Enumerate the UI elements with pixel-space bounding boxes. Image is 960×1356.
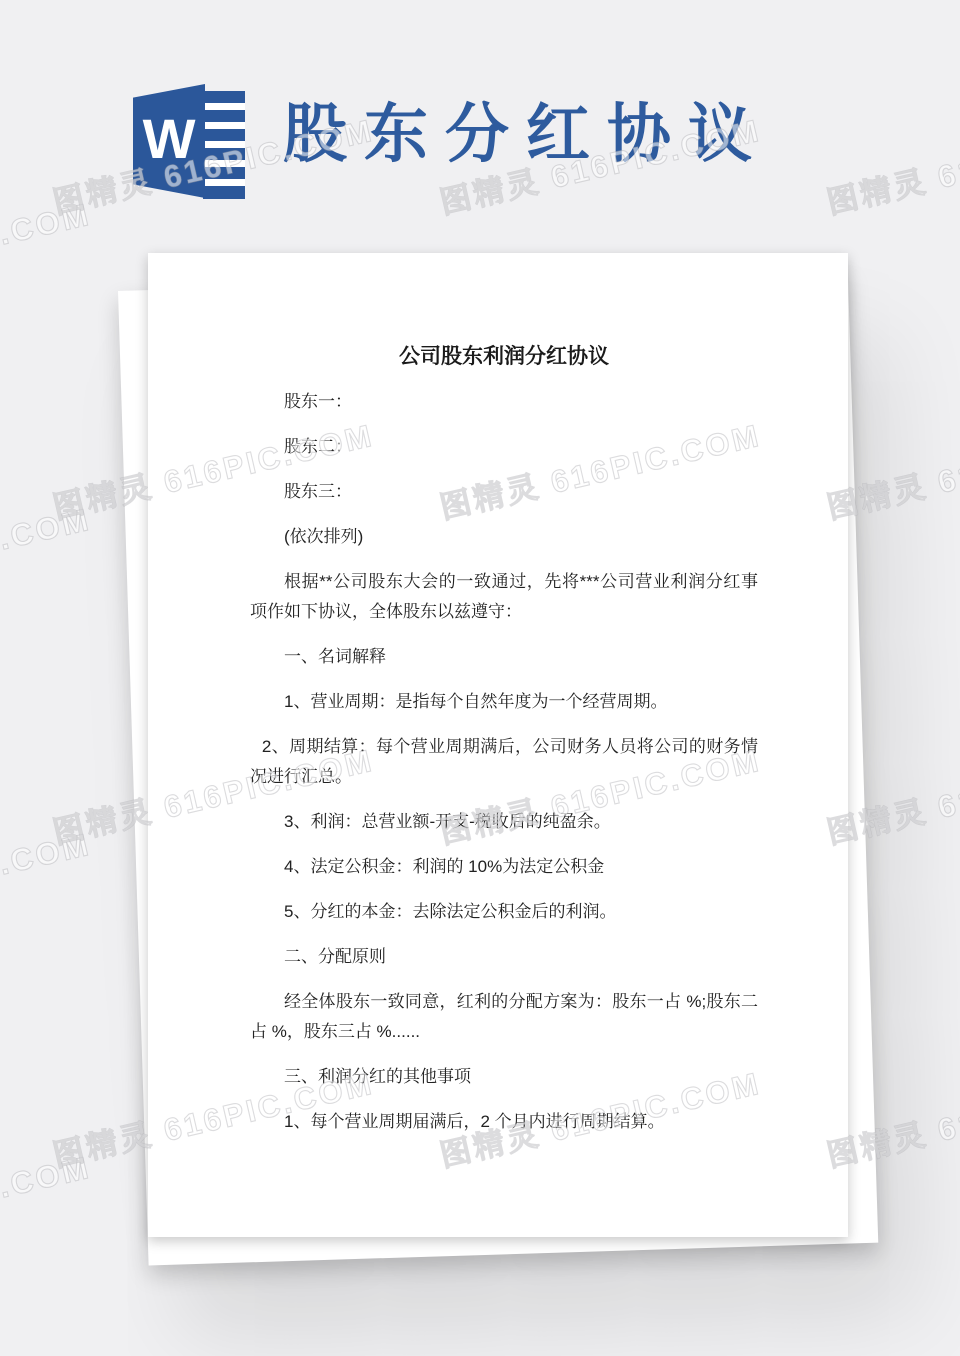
doc-paragraph: 经全体股东一致同意，红利的分配方案为：股东一占 %;股东二占 %，股东三占 %.…: [250, 987, 758, 1047]
doc-paragraph: 一、名词解释: [250, 642, 758, 672]
document-title: 公司股东利润分红协议: [250, 341, 758, 373]
word-logo-letter: W: [143, 111, 196, 167]
doc-paragraph: 3、利润：总营业额-开支-税收后的纯盈余。: [250, 807, 758, 837]
watermark-text: 图精灵 616PIC.COM: [0, 494, 95, 612]
doc-paragraph: 4、法定公积金：利润的 10%为法定公积金: [250, 852, 758, 882]
doc-paragraph: 股东三：: [250, 477, 758, 507]
watermark-text: 图精灵 616PIC.COM: [0, 819, 95, 937]
word-flag-icon: W: [133, 84, 205, 198]
word-document-stripes-icon: [203, 91, 245, 199]
doc-paragraph: 1、营业周期：是指每个自然年度为一个经营周期。: [250, 687, 758, 717]
doc-paragraph: 股东一：: [250, 387, 758, 417]
doc-paragraph: 2、周期结算：每个营业周期满后，公司财务人员将公司的财务情况进行汇总。: [250, 732, 758, 792]
watermark-text: 图精灵 616PIC.COM: [0, 1142, 95, 1260]
doc-paragraph: 三、利润分红的其他事项: [250, 1062, 758, 1092]
document-body: 公司股东利润分红协议 股东一： 股东二： 股东三： (依次排列) 根据**公司股…: [250, 341, 758, 1152]
doc-paragraph: 二、分配原则: [250, 942, 758, 972]
page-title: 股东分红协议: [283, 94, 769, 174]
doc-paragraph: (依次排列): [250, 522, 758, 552]
template-preview: W 股东分红协议 公司股东利润分红协议 股东一： 股东二： 股东三： (依次排列…: [0, 0, 960, 1356]
doc-paragraph: 1、每个营业周期届满后，2 个月内进行周期结算。: [250, 1107, 758, 1137]
word-logo-icon: W: [133, 84, 245, 198]
document-page: 公司股东利润分红协议 股东一： 股东二： 股东三： (依次排列) 根据**公司股…: [148, 253, 848, 1237]
header: W 股东分红协议: [0, 0, 960, 250]
doc-paragraph: 股东二：: [250, 432, 758, 462]
doc-paragraph: 根据**公司股东大会的一致通过，先将***公司营业利润分红事项作如下协议，全体股…: [250, 567, 758, 627]
doc-paragraph: 5、分红的本金：去除法定公积金后的利润。: [250, 897, 758, 927]
